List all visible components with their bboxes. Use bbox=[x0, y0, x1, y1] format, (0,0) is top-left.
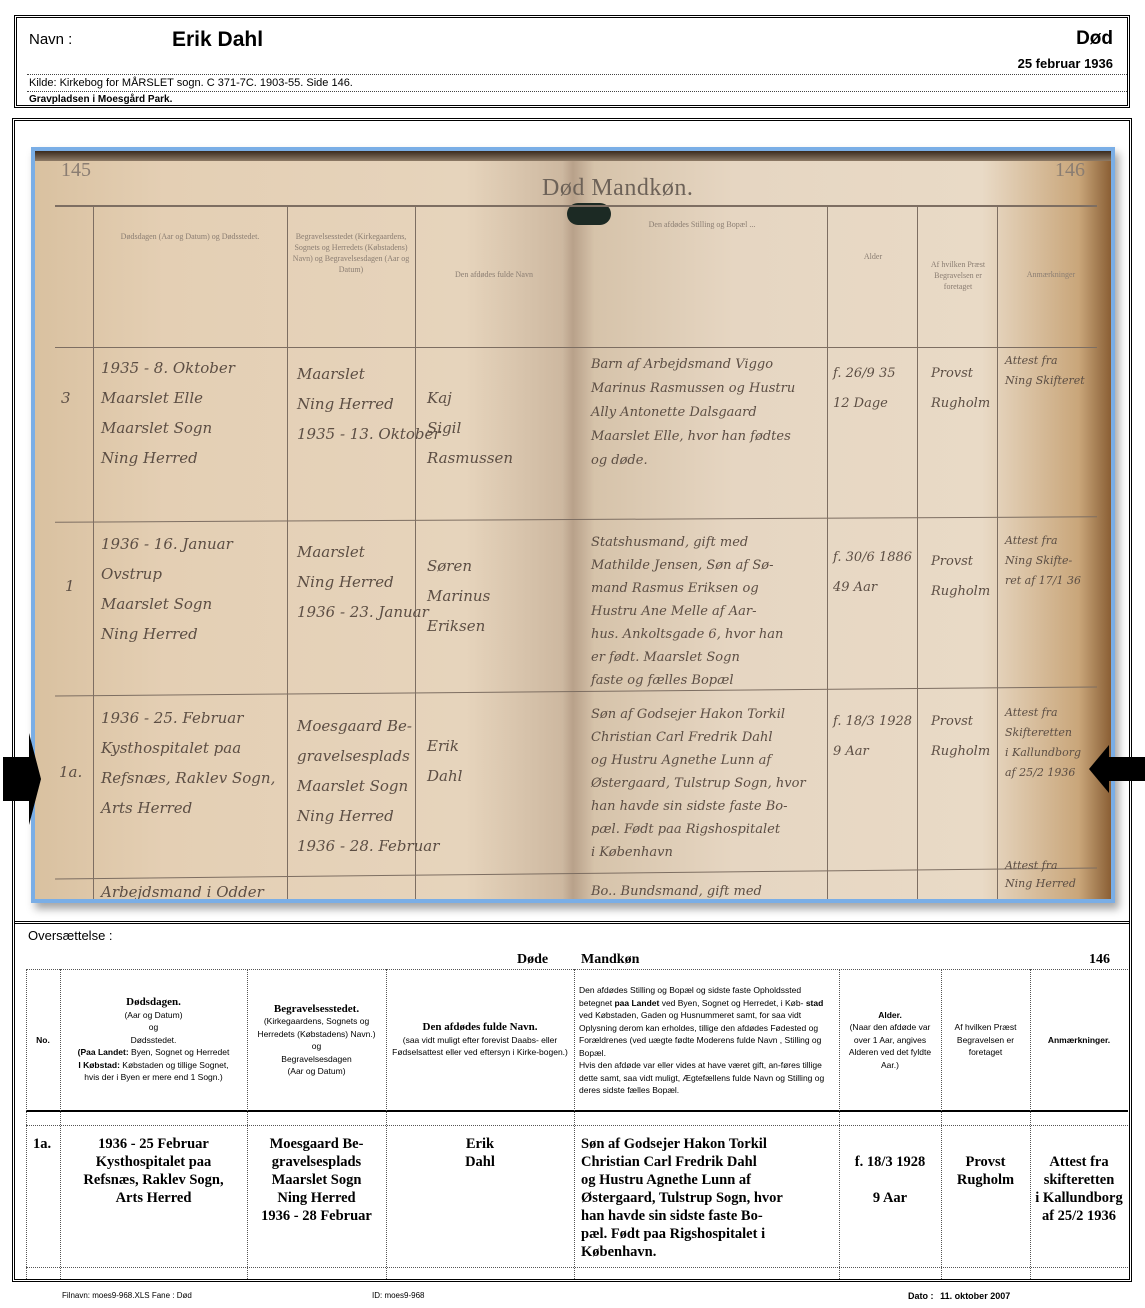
book-row-occupation: Barn af Arbejdsmand Viggo Marinus Rasmus… bbox=[591, 353, 795, 473]
book-row-age: f. 18/3 1928 9 Aar bbox=[833, 707, 912, 767]
col-header-age-title: Alder. bbox=[878, 1010, 902, 1020]
event-date: 25 februar 1936 bbox=[1018, 56, 1113, 71]
translation-title-left: Døde bbox=[517, 952, 548, 968]
col-header-name-title: Den afdødes fulde Navn. bbox=[423, 1021, 538, 1033]
book-row-burial: Moesgaard Be- gravelsesplads Maarslet So… bbox=[297, 711, 439, 861]
translation-label: Oversættelse : bbox=[28, 928, 113, 943]
ruled-column bbox=[93, 207, 94, 899]
col-header-text: Af hvilken Præst Begravelsen er foretage… bbox=[944, 1021, 1027, 1059]
book-row-remarks: Attest fra Ning Herred bbox=[1005, 857, 1076, 893]
book-row-priest: Provst Rugholm bbox=[931, 707, 990, 767]
book-header-name: Den afdødes fulde Navn bbox=[419, 269, 569, 280]
page-number-right: 146 bbox=[1055, 159, 1085, 182]
footer-date: Dato : 11. oktober 2007 bbox=[908, 1291, 1010, 1301]
dotted-divider bbox=[27, 91, 1127, 92]
col-header-priest: Af hvilken Præst Begravelsen er foretage… bbox=[941, 970, 1030, 1110]
footer-date-value: 11. oktober 2007 bbox=[940, 1291, 1010, 1301]
col-header-name: Den afdødes fulde Navn. (saa vidt muligt… bbox=[386, 970, 574, 1110]
book-row-burial: Maarslet Ning Herred 1935 - 13. Oktober bbox=[297, 359, 441, 449]
entry-name: Erik Dahl bbox=[386, 1135, 574, 1171]
book-header-age: Alder bbox=[831, 251, 915, 262]
translation-title-right: Mandkøn bbox=[581, 952, 639, 968]
footer-date-label: Dato : bbox=[908, 1291, 934, 1301]
col-header-text: (Paa Landet: bbox=[78, 1047, 129, 1057]
book-row-death: 1936 - 25. Februar Kysthospitalet paa Re… bbox=[101, 703, 275, 823]
col-header-text: (Naar den afdøde var over 1 Aar, angives… bbox=[849, 1022, 931, 1070]
book-row-priest: Provst Rugholm bbox=[931, 359, 990, 419]
col-header-occupation: Den afdødes Stilling og Bopæl og sidste … bbox=[574, 970, 839, 1110]
ruled-column bbox=[827, 207, 828, 899]
entry-burial: Moesgaard Be- gravelsesplads Maarslet So… bbox=[247, 1135, 386, 1225]
book-row-remarks: Attest fra Skifteretten i Kallundborg af… bbox=[1005, 703, 1081, 783]
col-header-text: Begravelsesdagen bbox=[281, 1054, 351, 1064]
entry-no: 1a. bbox=[33, 1135, 59, 1153]
book-row-no: 3 bbox=[61, 383, 71, 413]
col-header-remarks-title: Anmærkninger. bbox=[1048, 1034, 1110, 1047]
church-book-photo: 145 146 Død Mandkøn. Dødsdagen (Aar og D… bbox=[31, 147, 1115, 903]
person-name: Erik Dahl bbox=[172, 28, 263, 52]
book-header-death: Dødsdagen (Aar og Datum) og Dødsstedet. bbox=[95, 231, 285, 242]
book-row-occupation: Bo.. Bundsmand, gift med bbox=[591, 877, 762, 903]
section-divider bbox=[15, 921, 1129, 924]
book-edge bbox=[35, 151, 1111, 161]
col-header-text: ved Byen, Sognet og Herredet, i Køb- bbox=[659, 998, 803, 1008]
book-header-remarks: Anmærkninger bbox=[1001, 269, 1101, 280]
col-header-text: paa Landet bbox=[614, 998, 659, 1008]
entry-occupation: Søn af Godsejer Hakon Torkil Christian C… bbox=[581, 1135, 839, 1261]
ruled-line bbox=[55, 205, 1097, 207]
ruled-line bbox=[55, 347, 1097, 348]
dotted-divider bbox=[27, 74, 1127, 75]
book-row-death: Arbejdsmand i Odder bbox=[101, 877, 264, 903]
footer-filename: Filnavn: moes9-968.XLS Fane : Død bbox=[62, 1291, 192, 1300]
book-row-no: 1 bbox=[65, 571, 75, 601]
grid-line bbox=[26, 1110, 1128, 1112]
page-number-left: 145 bbox=[61, 159, 91, 182]
col-header-age: Alder. (Naar den afdøde var over 1 Aar, … bbox=[839, 970, 941, 1110]
book-row-burial: Maarslet Ning Herred 1936 - 23. Januar bbox=[297, 537, 429, 627]
col-header-text: Byen, Sognet og Herredet bbox=[129, 1047, 230, 1057]
book-row-age: f. 26/9 35 12 Dage bbox=[833, 359, 895, 419]
entry-priest: Provst Rugholm bbox=[941, 1153, 1030, 1189]
grid-line bbox=[26, 1267, 1128, 1268]
col-header-text: Købstaden og tillige Sognet, bbox=[120, 1060, 229, 1070]
ruled-line bbox=[55, 686, 1097, 696]
grid-line bbox=[26, 1125, 1128, 1126]
book-header-priest: Af hvilken Præst Begravelsen er foretage… bbox=[921, 259, 995, 292]
col-header-death-title: Dødsdagen. bbox=[126, 996, 181, 1008]
entry-remarks: Attest fra skifteretten i Kallundborg af… bbox=[1030, 1153, 1128, 1225]
book-row-death: 1936 - 16. Januar Ovstrup Maarslet Sogn … bbox=[101, 529, 233, 649]
col-header-burial-title: Begravelsesstedet. bbox=[274, 1003, 359, 1015]
book-row-occupation: Statshusmand, gift med Mathilde Jensen, … bbox=[591, 531, 783, 692]
col-header-no: No. bbox=[26, 970, 60, 1110]
col-header-text: (Aar og Datum) bbox=[124, 1010, 182, 1020]
col-header-text: Hvis den afdøde var eller vides at have … bbox=[579, 1060, 824, 1095]
ruled-column bbox=[997, 207, 998, 899]
entry-death: 1936 - 25 Februar Kysthospitalet paa Ref… bbox=[60, 1135, 247, 1207]
event-type: Død bbox=[1076, 28, 1113, 50]
name-label: Navn : bbox=[29, 31, 72, 48]
book-row-no: 1a. bbox=[59, 757, 82, 787]
translation-page-number: 146 bbox=[1089, 952, 1110, 968]
col-header-text: stad bbox=[806, 998, 823, 1008]
footer-id: ID: moes9-968 bbox=[372, 1291, 424, 1300]
col-header-text: I Købstad: bbox=[78, 1060, 120, 1070]
book-row-remarks: Attest fra Ning Skifte- ret af 17/1 36 bbox=[1005, 531, 1081, 591]
book-page-title: Død Mandkøn. bbox=[542, 175, 693, 202]
book-row-name: Søren Marinus Eriksen bbox=[427, 551, 490, 641]
col-header-remarks: Anmærkninger. bbox=[1030, 970, 1128, 1110]
book-row-name: Kaj Sigil Rasmussen bbox=[427, 383, 513, 473]
burial-note: Gravpladsen i Moesgård Park. bbox=[29, 94, 172, 105]
col-header-death: Dødsdagen. (Aar og Datum) og Dødsstedet.… bbox=[60, 970, 247, 1110]
entry-age: f. 18/3 1928 9 Aar bbox=[839, 1153, 941, 1207]
book-header-burial: Begravelsesstedet (Kirkegaardens, Sognet… bbox=[289, 231, 413, 275]
ruled-line bbox=[55, 516, 1097, 522]
col-header-text: og bbox=[149, 1022, 158, 1032]
col-header-text: (Kirkegaardens, Sognets og Herredets (Kø… bbox=[257, 1016, 375, 1039]
book-row-priest: Provst Rugholm bbox=[931, 547, 990, 607]
book-row-remarks: Attest fra Ning Skifteret bbox=[1005, 351, 1085, 391]
col-header-text: ved Købstaden, Gaden og Husnummeret samt… bbox=[579, 1010, 821, 1058]
book-row-death: 1935 - 8. Oktober Maarslet Elle Maarslet… bbox=[101, 353, 235, 473]
book-row-name: Erik Dahl bbox=[427, 731, 462, 791]
col-header-no-label: No. bbox=[36, 1034, 50, 1047]
ruled-column bbox=[287, 207, 288, 899]
record-header: Navn : Erik Dahl Død 25 februar 1936 Kil… bbox=[14, 15, 1130, 108]
col-header-text: Dødsstedet. bbox=[131, 1035, 177, 1045]
col-header-text: (saa vidt muligt efter forevist Daabs- e… bbox=[392, 1035, 568, 1058]
col-header-burial: Begravelsesstedet. (Kirkegaardens, Sogne… bbox=[247, 970, 386, 1110]
col-header-text: og bbox=[312, 1041, 321, 1051]
col-header-text: (Aar og Datum) bbox=[287, 1066, 345, 1076]
col-header-text: hvis der i Byen er mere end 1 Sogn.) bbox=[84, 1072, 222, 1082]
book-row-age: f. 30/6 1886 49 Aar bbox=[833, 543, 912, 603]
source-reference: Kilde: Kirkebog for MÅRSLET sogn. C 371-… bbox=[29, 77, 353, 89]
book-row-occupation: Søn af Godsejer Hakon Torkil Christian C… bbox=[591, 703, 806, 864]
ruled-column bbox=[917, 207, 918, 899]
book-header-occupation: Den afdødes Stilling og Bopæl ... bbox=[580, 219, 824, 230]
